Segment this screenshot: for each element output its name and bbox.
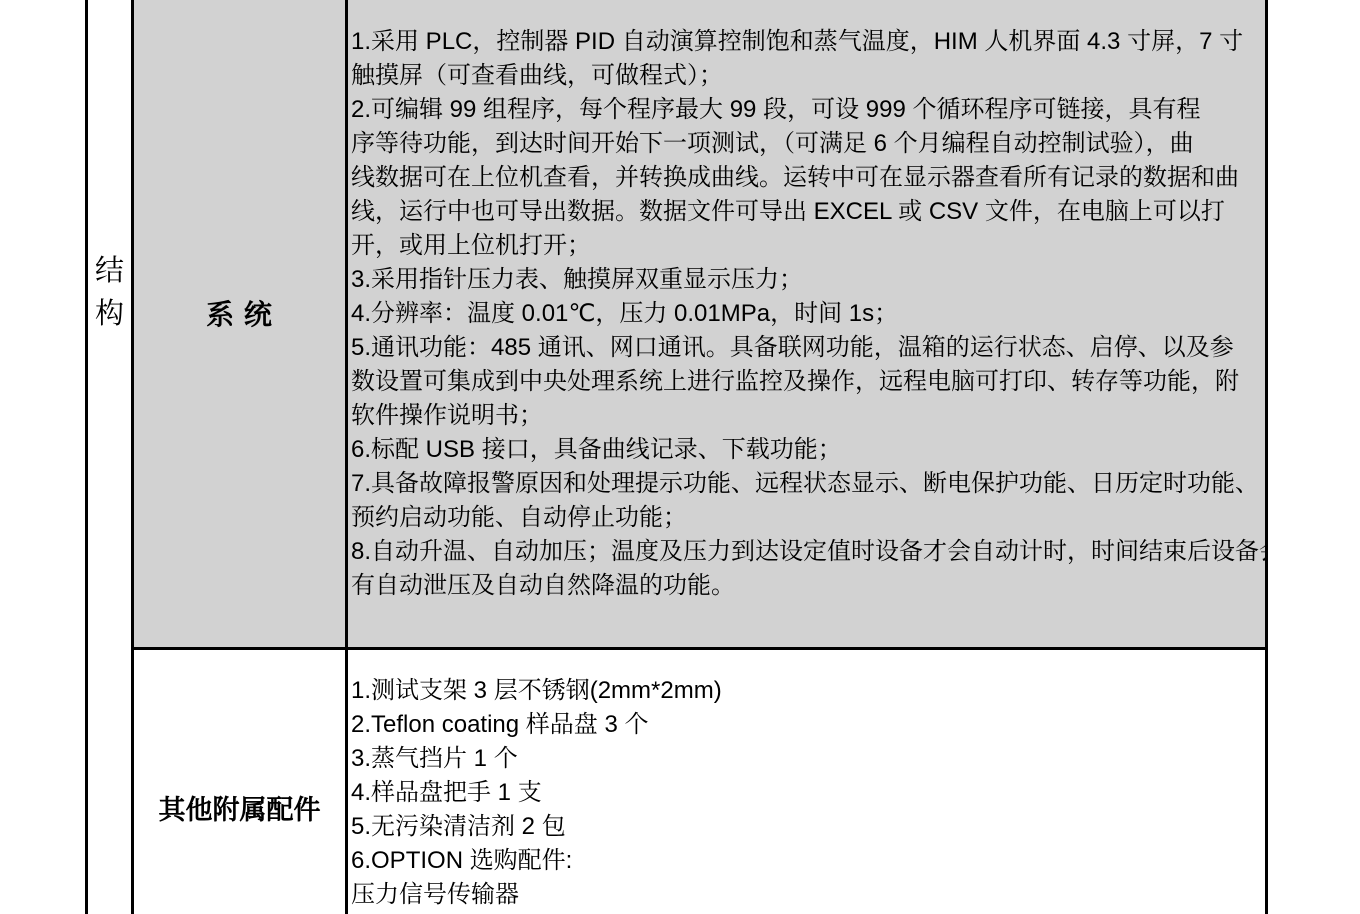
system-spec-content: 1.采用 PLC，控制器 PID 自动演算控制饱和蒸气温度，HIM 人机界面 4… [348, 0, 1265, 647]
text-line: 7.具备故障报警原因和处理提示功能、远程状态显示、断电保护功能、日历定时功能、 [351, 467, 1263, 501]
row-header-system-label: 系 统 [206, 293, 273, 333]
text-line: 8.自动升温、自动加压；温度及压力到达设定值时设备才会自动计时，时间结束后设备会 [351, 535, 1263, 569]
accessories-content: 1.测试支架 3 层不锈钢(2mm*2mm)2.Teflon coating 样… [348, 650, 1265, 914]
text-line: 有自动泄压及自动自然降温的功能。 [351, 569, 1263, 603]
text-line: 4.样品盘把手 1 支 [351, 776, 1263, 810]
row-header-system: 系 统 [134, 0, 348, 647]
row-header-accessories-label: 其他附属配件 [159, 788, 321, 827]
table-right-section: 系 统 1.采用 PLC，控制器 PID 自动演算控制饱和蒸气温度，HIM 人机… [134, 0, 1265, 914]
table-row-accessories: 其他附属配件 1.测试支架 3 层不锈钢(2mm*2mm)2.Teflon co… [134, 650, 1265, 914]
text-line: 6.标配 USB 接口，具备曲线记录、下载功能； [351, 433, 1263, 467]
text-line: 2.Teflon coating 样品盘 3 个 [351, 708, 1263, 742]
text-line: 3.采用指针压力表、触摸屏双重显示压力； [351, 263, 1263, 297]
text-line: 1.采用 PLC，控制器 PID 自动演算控制饱和蒸气温度，HIM 人机界面 4… [351, 25, 1263, 59]
text-line: 预约启动功能、自动停止功能； [351, 501, 1263, 535]
text-line: 4.分辨率：温度 0.01℃，压力 0.01MPa，时间 1s； [351, 297, 1263, 331]
text-line: 5.无污染清洁剂 2 包 [351, 810, 1263, 844]
text-line: 1.测试支架 3 层不锈钢(2mm*2mm) [351, 674, 1263, 708]
text-line: 开，或用上位机打开； [351, 229, 1263, 263]
row-group-label-structure: 结构 [94, 250, 126, 336]
text-line: 软件操作说明书； [351, 399, 1263, 433]
row-header-accessories: 其他附属配件 [134, 650, 348, 914]
text-line: 线，运行中也可导出数据。数据文件可导出 EXCEL 或 CSV 文件，在电脑上可… [351, 195, 1263, 229]
text-line: 序等待功能，到达时间开始下一项测试，（可满足 6 个月编程自动控制试验），曲 [351, 127, 1263, 161]
text-line: 数设置可集成到中央处理系统上进行监控及操作，远程电脑可打印、转存等功能，附 [351, 365, 1263, 399]
table-row-system: 系 统 1.采用 PLC，控制器 PID 自动演算控制饱和蒸气温度，HIM 人机… [134, 0, 1265, 650]
text-line: 2.可编辑 99 组程序，每个程序最大 99 段，可设 999 个循环程序可链接… [351, 93, 1263, 127]
document-page: 结构 系 统 1.采用 PLC，控制器 PID 自动演算控制饱和蒸气温度，HIM… [0, 0, 1360, 914]
text-line: 线数据可在上位机查看，并转换成曲线。运转中可在显示器查看所有记录的数据和曲 [351, 161, 1263, 195]
text-line: 压力信号传输器 [351, 878, 1263, 912]
spec-table: 结构 系 统 1.采用 PLC，控制器 PID 自动演算控制饱和蒸气温度，HIM… [85, 0, 1268, 914]
text-line: 触摸屏（可查看曲线，可做程式）； [351, 59, 1263, 93]
row-group-cell-structure: 结构 [88, 0, 134, 914]
text-line: 6.OPTION 选购配件: [351, 844, 1263, 878]
text-line: 3.蒸气挡片 1 个 [351, 742, 1263, 776]
text-line: 5.通讯功能：485 通讯、网口通讯。具备联网功能，温箱的运行状态、启停、以及参 [351, 331, 1263, 365]
